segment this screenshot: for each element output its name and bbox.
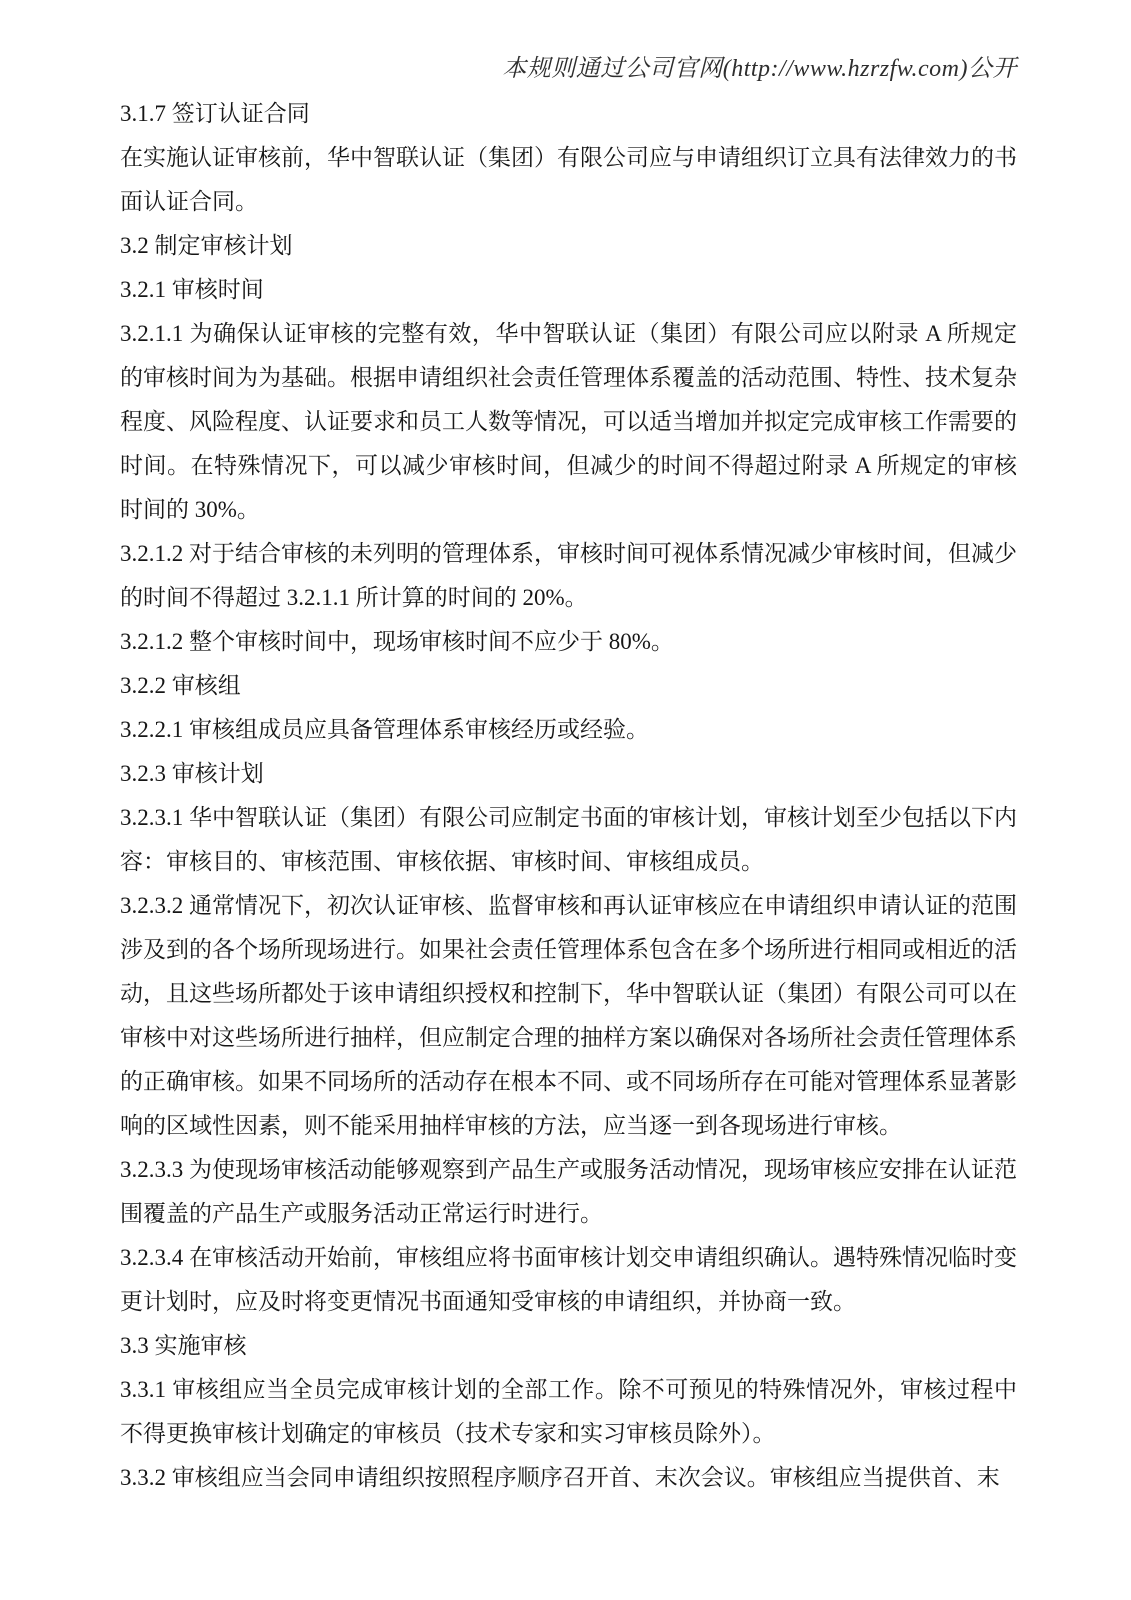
para-3-2-3-1: 3.2.3.1 华中智联认证（集团）有限公司应制定书面的审核计划，审核计划至少包… [120, 796, 1017, 884]
para-3-2-3-4: 3.2.3.4 在审核活动开始前，审核组应将书面审核计划交申请组织确认。遇特殊情… [120, 1236, 1017, 1324]
document-body: 3.1.7 签订认证合同 在实施认证审核前，华中智联认证（集团）有限公司应与申请… [120, 92, 1017, 1500]
heading-3-1-7: 3.1.7 签订认证合同 [120, 92, 1017, 136]
para-3-2-3-3: 3.2.3.3 为使现场审核活动能够观察到产品生产或服务活动情况，现场审核应安排… [120, 1148, 1017, 1236]
heading-3-3: 3.3 实施审核 [120, 1324, 1017, 1368]
heading-3-2-3: 3.2.3 审核计划 [120, 752, 1017, 796]
heading-3-2-1: 3.2.1 审核时间 [120, 268, 1017, 312]
para-3-2-1-1: 3.2.1.1 为确保认证审核的完整有效，华中智联认证（集团）有限公司应以附录 … [120, 312, 1017, 532]
para-3-2-1-2-dup: 3.2.1.2 整个审核时间中，现场审核时间不应少于 80%。 [120, 620, 1017, 664]
para-3-2-3-2: 3.2.3.2 通常情况下，初次认证审核、监督审核和再认证审核应在申请组织申请认… [120, 884, 1017, 1148]
header-note: 本规则通过公司官网(http://www.hzrzfw.com)公开 [120, 52, 1017, 86]
heading-3-2: 3.2 制定审核计划 [120, 224, 1017, 268]
para-3-2-1-2: 3.2.1.2 对于结合审核的未列明的管理体系，审核时间可视体系情况减少审核时间… [120, 532, 1017, 620]
para-3-2-2-1: 3.2.2.1 审核组成员应具备管理体系审核经历或经验。 [120, 708, 1017, 752]
para-3-3-2: 3.3.2 审核组应当会同申请组织按照程序顺序召开首、末次会议。审核组应当提供首… [120, 1456, 1017, 1500]
heading-3-2-2: 3.2.2 审核组 [120, 664, 1017, 708]
document-page: 本规则通过公司官网(http://www.hzrzfw.com)公开 3.1.7… [0, 0, 1131, 1600]
para-3-1-7-body: 在实施认证审核前，华中智联认证（集团）有限公司应与申请组织订立具有法律效力的书面… [120, 136, 1017, 224]
para-3-3-1: 3.3.1 审核组应当全员完成审核计划的全部工作。除不可预见的特殊情况外，审核过… [120, 1368, 1017, 1456]
